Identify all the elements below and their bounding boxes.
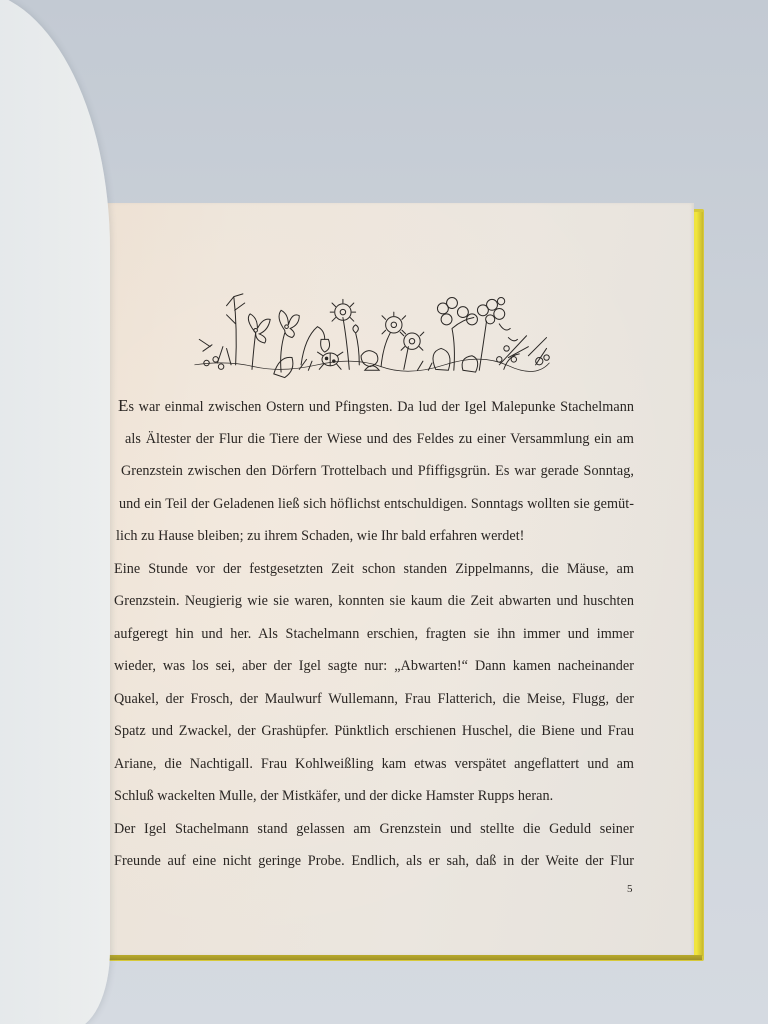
text-line: wieder, was los sei, aber der Igel sagte… [114, 650, 634, 683]
text-line: Der Igel Stachelmann stand gelassen am G… [114, 813, 634, 846]
text-line: Es war einmal zwischen Ostern und Pfings… [114, 390, 634, 423]
yellow-cover-edge-bottom [84, 955, 702, 960]
turned-left-page [0, 0, 110, 1024]
text-line: Ariane, die Nachtigall. Frau Kohlweißlin… [114, 748, 634, 781]
text-line: Freunde auf eine nicht geringe Probe. En… [114, 845, 634, 878]
text-line: Eine Stunde vor der festgesetzten Zeit s… [114, 553, 634, 586]
text-line: Schluß wackelten Mulle, der Mistkäfer, u… [114, 780, 634, 813]
text-line: als Ältester der Flur die Tiere der Wies… [114, 423, 634, 456]
text-line: Spatz und Zwackel, der Grashüpfer. Pünkt… [114, 715, 634, 748]
story-text: Es war einmal zwischen Ostern und Pfings… [114, 390, 634, 878]
flowers-drawing-icon [176, 283, 568, 383]
text-line: und ein Teil der Geladenen ließ sich höf… [114, 488, 634, 521]
photo-scene: Es war einmal zwischen Ostern und Pfings… [0, 0, 768, 1024]
book-page: Es war einmal zwischen Ostern und Pfings… [82, 203, 694, 955]
text-line: aufgeregt hin und her. Als Stachelmann e… [114, 618, 634, 651]
meadow-flowers-illustration [176, 283, 568, 383]
text-line: Grenzstein zwischen den Dörfern Trottelb… [114, 455, 634, 488]
page-number: 5 [627, 883, 633, 895]
text-line: Grenzstein. Neugierig wie sie waren, kon… [114, 585, 634, 618]
text-line: lich zu Hause bleiben; zu ihrem Schaden,… [114, 520, 634, 553]
text-line: Quakel, der Frosch, der Maulwurf Wullema… [114, 683, 634, 716]
